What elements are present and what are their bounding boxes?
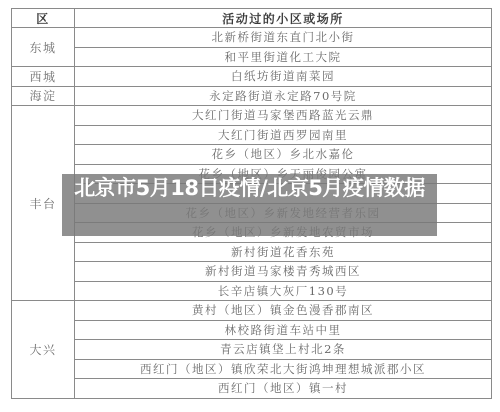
overlay-title: 北京市5月18日疫情/北京5月疫情数据	[62, 176, 437, 201]
table-row: 长辛店镇大灰厂130号	[12, 281, 492, 301]
place-cell: 新村街道花香东苑	[75, 242, 492, 262]
table-row: 东城北新桥街道东直门北小街	[12, 28, 492, 48]
table-row: 西红门（地区）镇欣荣北大街鸿坤理想城派郡小区	[12, 359, 492, 379]
table-row: 青云店镇垡上村北2条	[12, 340, 492, 360]
place-cell: 大红门街道西罗园南里	[75, 125, 492, 145]
place-cell: 北新桥街道东直门北小街	[75, 28, 492, 48]
district-cell: 西城	[12, 67, 75, 87]
place-cell: 白纸坊街道南菜园	[75, 67, 492, 87]
table-row: 和平里街道化工大院	[12, 47, 492, 67]
place-cell: 青云店镇垡上村北2条	[75, 340, 492, 360]
place-cell: 花乡（地区）乡北水嘉伦	[75, 145, 492, 165]
table-row: 新村街道花香东苑	[12, 242, 492, 262]
table-row: 大兴黄村（地区）镇金色漫香郡南区	[12, 301, 492, 321]
title-overlay-banner: 北京市5月18日疫情/北京5月疫情数据	[62, 174, 437, 236]
district-cell: 东城	[12, 28, 75, 67]
place-cell: 大红门街道马家堡西路蓝光云鼎	[75, 106, 492, 126]
table-row: 西城白纸坊街道南菜园	[12, 67, 492, 87]
place-cell: 西红门（地区）镇欣荣北大街鸿坤理想城派郡小区	[75, 359, 492, 379]
table-row: 丰台大红门街道马家堡西路蓝光云鼎	[12, 106, 492, 126]
table-row: 西红门（地区）镇一村	[12, 379, 492, 399]
place-cell: 林校路街道车站中里	[75, 320, 492, 340]
table-row: 海淀永定路街道永定路70号院	[12, 86, 492, 106]
table-row: 新村街道马家楼青秀城西区	[12, 262, 492, 282]
district-cell: 大兴	[12, 301, 75, 399]
table-row: 花乡（地区）乡北水嘉伦	[12, 145, 492, 165]
table-header-row: 区 活动过的小区或场所	[12, 9, 492, 28]
place-cell: 永定路街道永定路70号院	[75, 86, 492, 106]
header-places: 活动过的小区或场所	[75, 9, 492, 28]
district-cell: 海淀	[12, 86, 75, 106]
table-row: 林校路街道车站中里	[12, 320, 492, 340]
place-cell: 长辛店镇大灰厂130号	[75, 281, 492, 301]
table-row: 大红门街道西罗园南里	[12, 125, 492, 145]
place-cell: 和平里街道化工大院	[75, 47, 492, 67]
place-cell: 新村街道马家楼青秀城西区	[75, 262, 492, 282]
place-cell: 西红门（地区）镇一村	[75, 379, 492, 399]
header-district: 区	[12, 9, 75, 28]
place-cell: 黄村（地区）镇金色漫香郡南区	[75, 301, 492, 321]
